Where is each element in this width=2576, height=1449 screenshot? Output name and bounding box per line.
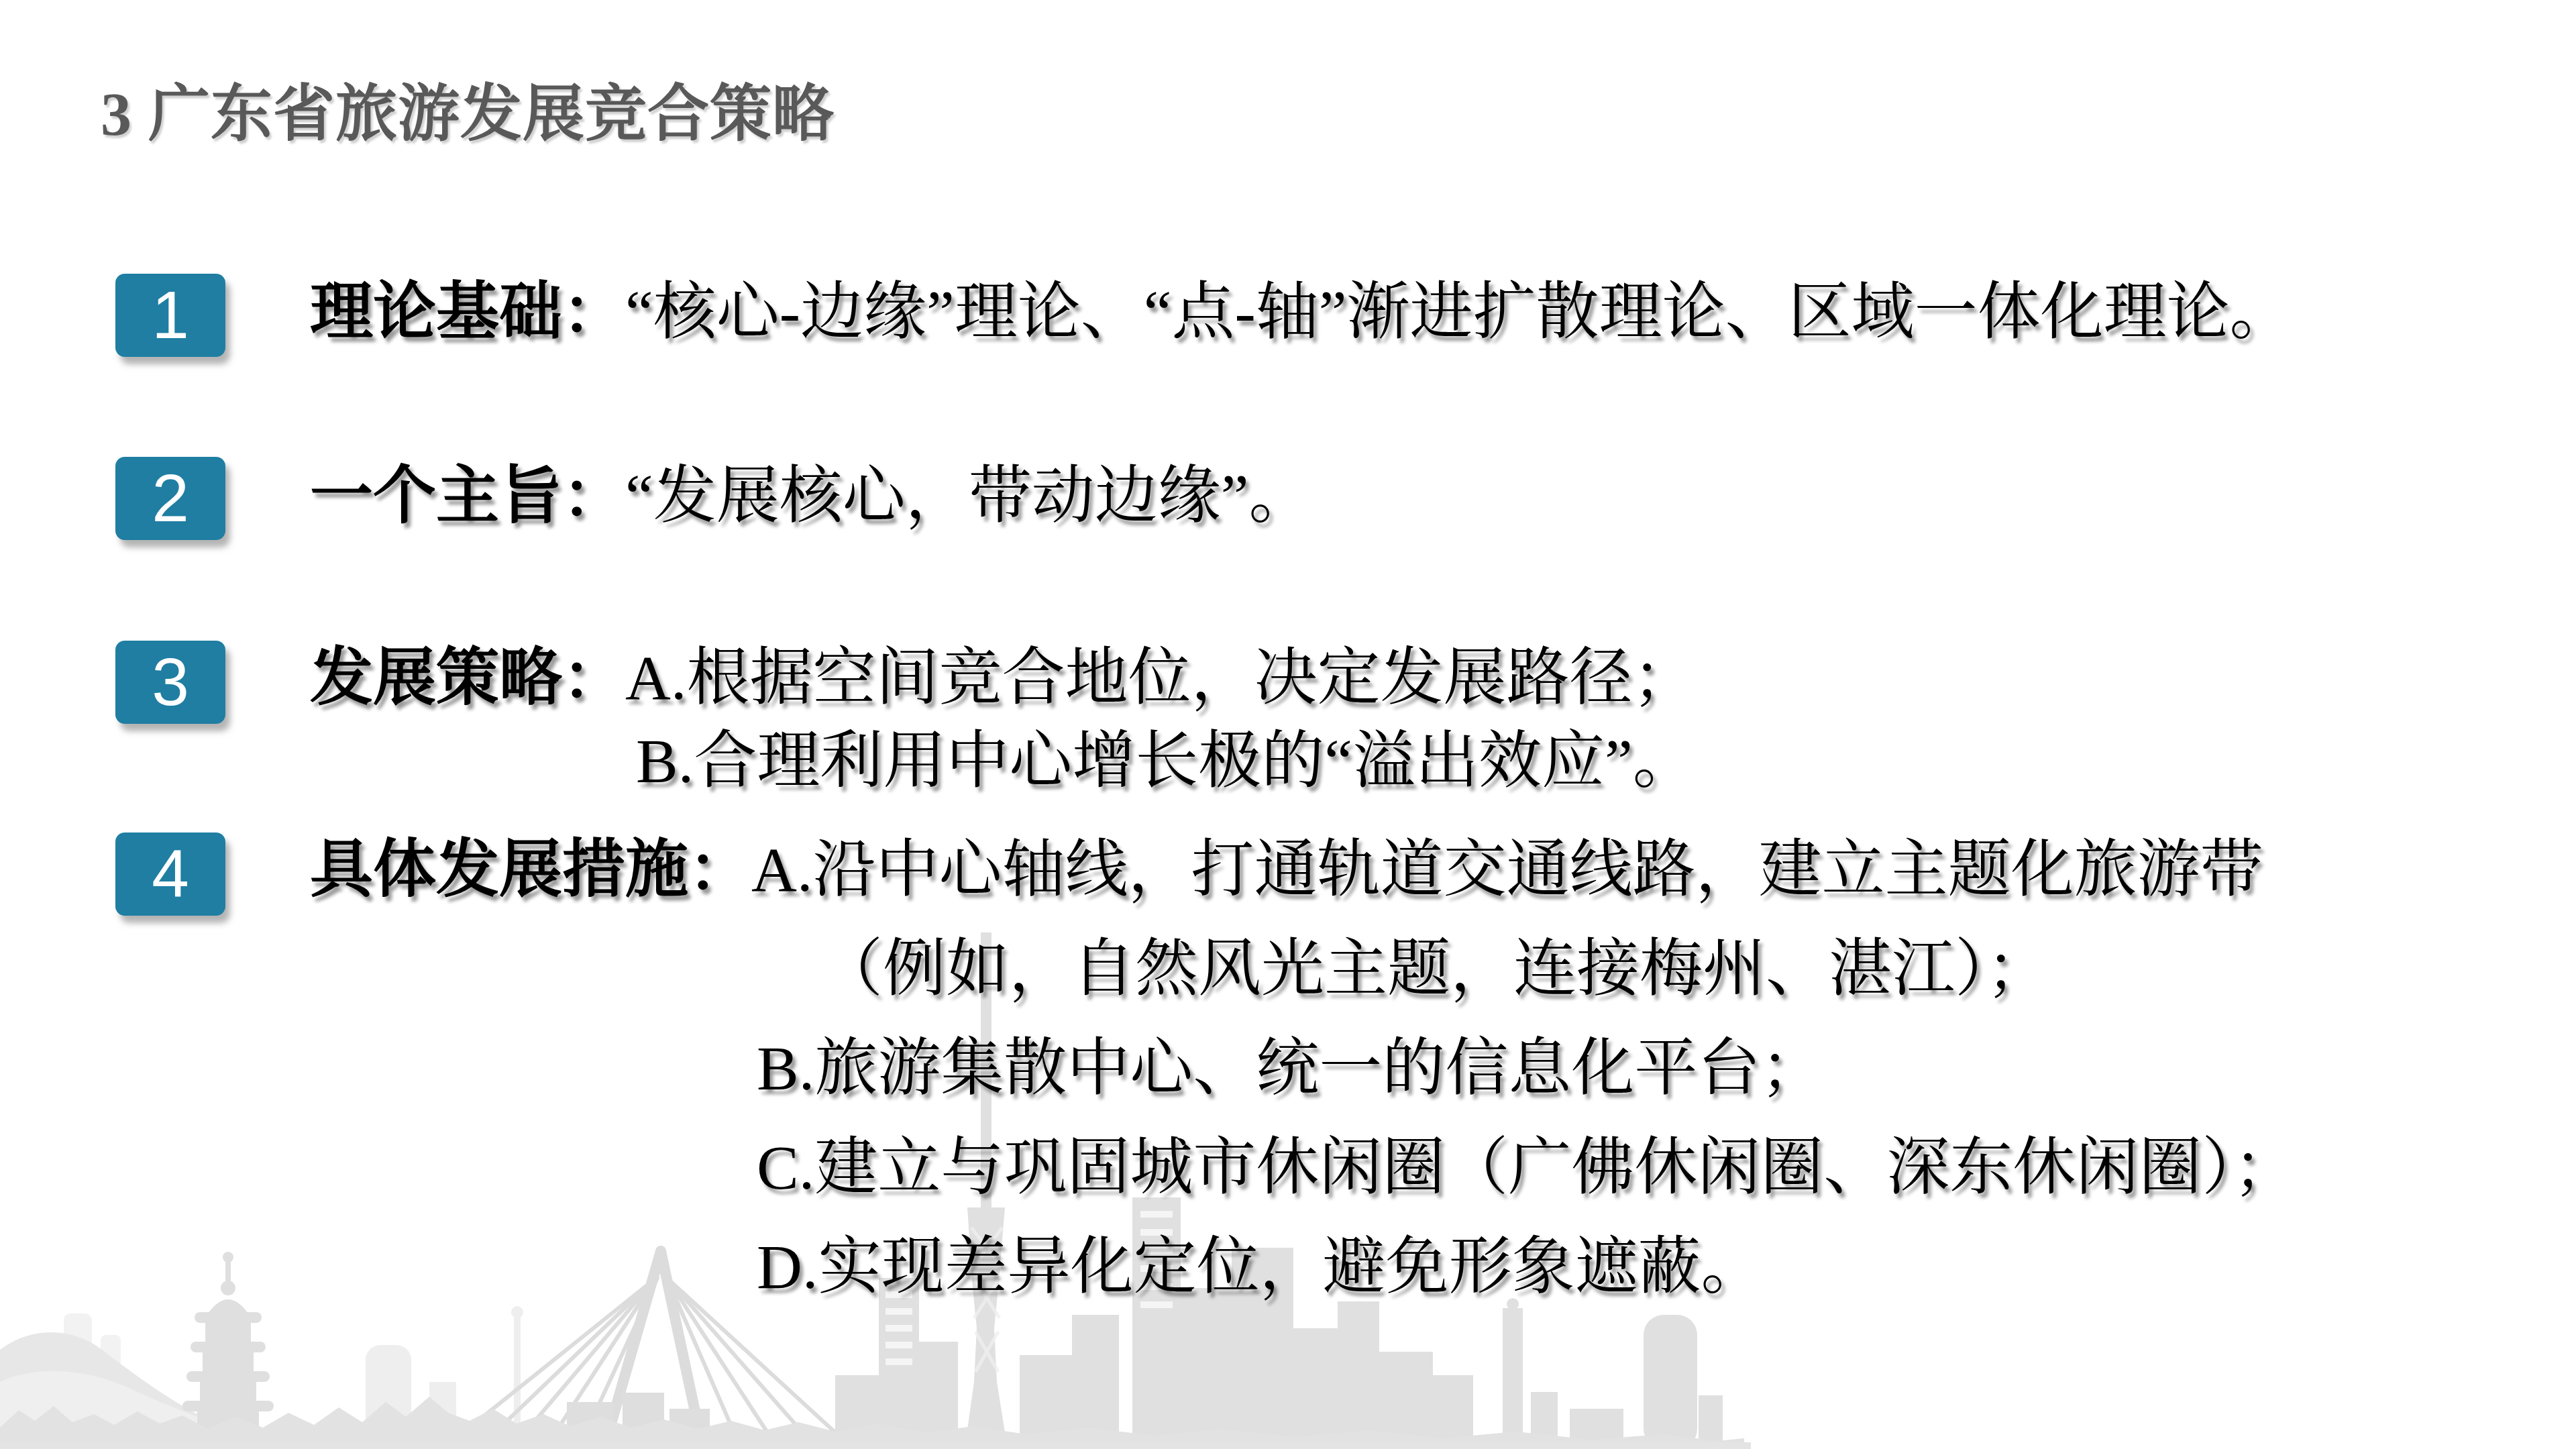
item-1-text-line: 理论基础：“核心-边缘”理论、“点-轴”渐进扩散理论、区域一体化理论。 — [310, 276, 2293, 349]
slide-title: 3 广东省旅游发展竞合策略 — [101, 64, 835, 153]
item-2-label: 一个主旨： — [310, 462, 625, 531]
item-4-text-line-a-continued: （例如，自然风光主题，连接梅州、湛江）； — [820, 933, 2049, 1006]
item-3-label: 发展策略： — [310, 643, 625, 713]
item-3-text-line-b: B.合理利用中心增长极的“溢出效应”。 — [636, 725, 1696, 798]
item-4-label: 具体发展措施： — [310, 835, 751, 905]
item-1-content: “核心-边缘”理论、“点-轴”渐进扩散理论、区域一体化理论。 — [625, 278, 2293, 347]
item-2-content: “发展核心，带动边缘”。 — [625, 462, 1311, 531]
item-4-number-badge: 4 — [115, 833, 225, 916]
item-4-text-line-d: D.实现差异化定位，避免形象遮蔽。 — [757, 1231, 1764, 1303]
item-2-text-line: 一个主旨：“发展核心，带动边缘”。 — [310, 460, 1311, 533]
item-4-content-a: A.沿中心轴线，打通轨道交通线路，建立主题化旅游带 — [751, 835, 2263, 905]
item-1-number-badge: 1 — [115, 274, 225, 357]
item-4-text-line-c: C.建立与巩固城市休闲圈（广佛休闲圈、深东休闲圈）； — [757, 1132, 2296, 1204]
item-4-text-line-a: 具体发展措施：A.沿中心轴线，打通轨道交通线路，建立主题化旅游带 — [310, 834, 2263, 906]
item-2-number-badge: 2 — [115, 457, 225, 540]
slide: 3 广东省旅游发展竞合策略 1 2 3 4 理论基础：“核心-边缘”理论、“点-… — [0, 0, 2576, 1449]
item-1-label: 理论基础： — [310, 278, 625, 347]
item-3-text-line-a: 发展策略：A.根据空间竞合地位，决定发展路径； — [310, 642, 1695, 714]
item-4-text-line-b: B.旅游集散中心、统一的信息化平台； — [757, 1032, 1823, 1105]
item-3-number-badge: 3 — [115, 641, 225, 724]
item-3-content-a: A.根据空间竞合地位，决定发展路径； — [625, 643, 1695, 713]
